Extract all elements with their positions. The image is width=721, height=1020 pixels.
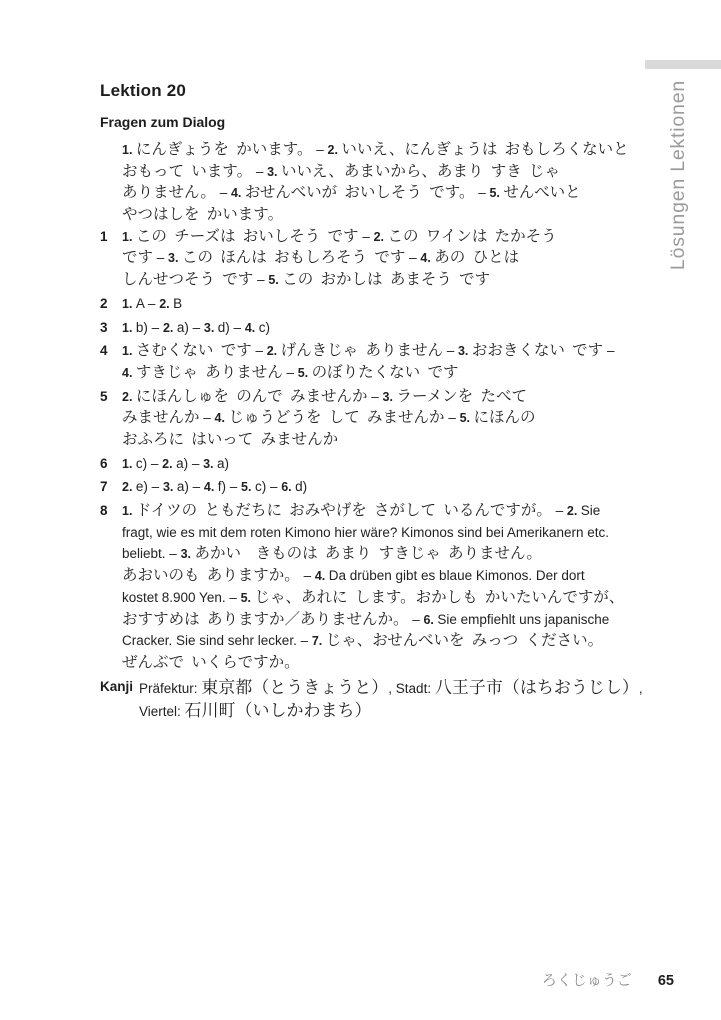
section-row: 52. にほんしゅを のんで みませんか – 3. ラーメンを たべてみませんか… xyxy=(100,386,660,451)
text-segment: c) xyxy=(259,320,270,335)
text-segment: じゅうどうを して みませんか xyxy=(228,409,444,426)
answer-line: 4. すきじゃ ありません – 5. のぼりたくない です xyxy=(122,362,660,384)
text-segment: おふろに はいって みませんか xyxy=(122,431,338,448)
section-row: 61. c) – 2. a) – 3. a) xyxy=(100,453,660,475)
answer-line: 1. ドイツの ともだちに おみやげを さがして いるんですが。 – 2. Si… xyxy=(122,500,660,522)
item-number: 4. xyxy=(122,366,136,380)
item-number: 3. xyxy=(204,321,218,335)
text-segment: , xyxy=(639,681,643,696)
text-segment: あかい きものは あまり すきじゃ ありません。 xyxy=(194,545,541,562)
answer-line: です – 3. この ほんは おもしろそう です – 4. あの ひとは xyxy=(122,247,660,269)
answer-line: ぜんぶで いくらですか。 xyxy=(122,652,660,674)
text-segment: – xyxy=(230,320,245,335)
text-segment: kostet 8.900 Yen. xyxy=(122,590,226,605)
answer-lines: 2. e) – 3. a) – 4. f) – 5. c) – 6. d) xyxy=(122,476,660,498)
item-number: 4. xyxy=(204,480,218,494)
text-segment: しんせつそう です xyxy=(122,271,253,288)
item-number: 4. xyxy=(215,411,229,425)
section-row: 41. さむくない です – 2. げんきじゃ ありません – 3. おおきくな… xyxy=(100,340,660,383)
text-segment: B xyxy=(173,296,182,311)
text-segment: fragt, wie es mit dem roten Kimono hier … xyxy=(122,525,609,540)
item-number: 3. xyxy=(181,547,195,561)
item-number: 1. xyxy=(122,143,136,157)
text-segment: この ほんは おもしろそう です xyxy=(182,249,405,266)
sidebar-tab-bar xyxy=(645,60,721,69)
item-number: 2. xyxy=(122,390,136,404)
text-segment: – xyxy=(153,250,168,265)
answer-line: 1. にんぎょうを かいます。 – 2. いいえ、にんぎょうは おもしろくないと xyxy=(122,139,660,161)
section-number: 6 xyxy=(100,453,122,475)
answer-line: 1. さむくない です – 2. げんきじゃ ありません – 3. おおきくない… xyxy=(122,340,660,362)
item-number: 4. xyxy=(245,321,259,335)
item-number: 4. xyxy=(231,186,245,200)
answer-line: あおいのも ありますか。 – 4. Da drüben gibt es blau… xyxy=(122,565,660,587)
item-number: 2. xyxy=(567,504,581,518)
item-number: 2. xyxy=(159,297,173,311)
text-segment: – xyxy=(552,503,567,518)
answer-line: 2. e) – 3. a) – 4. f) – 5. c) – 6. d) xyxy=(122,476,660,498)
item-number: 3. xyxy=(267,165,281,179)
text-segment: – xyxy=(300,568,315,583)
text-segment: げんきじゃ ありません xyxy=(281,342,443,359)
item-number: 3. xyxy=(163,480,177,494)
item-number: 5. xyxy=(268,273,282,287)
answer-line: Viertel: 石川町（いしかわまち） xyxy=(139,699,660,723)
text-segment: ラーメンを たべて xyxy=(396,388,527,405)
text-segment: – xyxy=(226,479,241,494)
text-segment: – xyxy=(147,456,162,471)
answer-line: おもって います。 – 3. いいえ、あまいから、あまり すき じゃ xyxy=(122,161,660,183)
text-segment: – xyxy=(603,343,614,358)
answer-line: Präfektur: 東京都（とうきょうと）, Stadt: 八王子市（はちおう… xyxy=(139,676,660,700)
text-segment: – xyxy=(405,250,420,265)
text-segment: – xyxy=(252,343,267,358)
text-segment: 東京都（とうきょうと） xyxy=(201,678,388,697)
answers-list: 1. にんぎょうを かいます。 – 2. いいえ、にんぎょうは おもしろくないと… xyxy=(100,139,660,723)
main-content: Lektion 20 Fragen zum Dialog 1. にんぎょうを か… xyxy=(100,81,660,725)
section-row: 31. b) – 2. a) – 3. d) – 4. c) xyxy=(100,317,660,339)
item-number: 5. xyxy=(460,411,474,425)
section-number: 8 xyxy=(100,500,122,522)
text-segment: – xyxy=(252,164,267,179)
text-segment: じゃ、おせんべいを みっつ ください。 xyxy=(326,632,603,649)
text-segment: – xyxy=(368,389,383,404)
text-segment: A xyxy=(136,296,144,311)
sidebar-tab-label: Lösungen Lektionen xyxy=(666,80,690,270)
answer-line: 2. にほんしゅを のんで みませんか – 3. ラーメンを たべて xyxy=(122,386,660,408)
item-number: 6. xyxy=(423,613,437,627)
text-segment: – xyxy=(283,365,298,380)
text-segment: おもって います。 xyxy=(122,163,252,180)
item-number: 2. xyxy=(267,344,281,358)
text-segment: やつはしを かいます。 xyxy=(122,206,283,223)
text-segment: 石川町（いしかわまち） xyxy=(185,701,372,720)
text-segment: – xyxy=(443,343,458,358)
text-segment: – xyxy=(166,546,181,561)
text-segment: a) xyxy=(177,479,189,494)
item-number: 2. xyxy=(162,457,176,471)
text-segment: いいえ、あまいから、あまり すき じゃ xyxy=(281,163,560,180)
answer-line: みませんか – 4. じゅうどうを して みませんか – 5. にほんの xyxy=(122,407,660,429)
text-segment: a) xyxy=(217,456,229,471)
text-segment: – xyxy=(189,320,204,335)
item-number: 7. xyxy=(312,634,326,648)
item-number: 3. xyxy=(458,344,472,358)
text-segment: a) xyxy=(177,320,189,335)
answer-lines: 1. ドイツの ともだちに おみやげを さがして いるんですが。 – 2. Si… xyxy=(122,500,660,674)
text-segment: じゃ、あれに します。おかしも かいたいんですが、 xyxy=(255,589,625,606)
answer-line: しんせつそう です – 5. この おかしは あまそう です xyxy=(122,269,660,291)
footer-page-word-japanese: ろくじゅうご xyxy=(542,969,632,990)
text-segment: d) xyxy=(218,320,230,335)
item-number: 5. xyxy=(241,591,255,605)
text-segment: おおきくない です xyxy=(472,342,603,359)
text-segment: Viertel: xyxy=(139,704,185,719)
item-number: 3. xyxy=(383,390,397,404)
item-number: 4. xyxy=(420,251,434,265)
answer-lines: 1. にんぎょうを かいます。 – 2. いいえ、にんぎょうは おもしろくないと… xyxy=(122,139,660,226)
section-number: 3 xyxy=(100,317,122,339)
text-segment: にんぎょうを かいます。 xyxy=(136,141,313,158)
item-number: 1. xyxy=(122,321,136,335)
item-number: 1. xyxy=(122,504,136,518)
item-number: 2. xyxy=(374,230,388,244)
item-number: 3. xyxy=(168,251,182,265)
section-row: KanjiPräfektur: 東京都（とうきょうと）, Stadt: 八王子市… xyxy=(100,676,660,723)
item-number: 1. xyxy=(122,297,136,311)
text-segment: – xyxy=(216,185,231,200)
text-segment: ぜんぶで いくらですか。 xyxy=(122,654,300,671)
section-row: 11. この チーズは おいしそう です – 2. この ワインは たかそうです… xyxy=(100,226,660,291)
answer-line: 1. c) – 2. a) – 3. a) xyxy=(122,453,660,475)
dialog-answers-block: 1. にんぎょうを かいます。 – 2. いいえ、にんぎょうは おもしろくないと… xyxy=(122,139,660,226)
text-segment: Sie empfiehlt uns japanische xyxy=(437,612,609,627)
text-segment: です xyxy=(122,249,153,266)
answer-line: 1. この チーズは おいしそう です – 2. この ワインは たかそう xyxy=(122,226,660,248)
answer-line: 1. A – 2. B xyxy=(122,293,660,315)
text-segment: 八王子市（はちおうじし） xyxy=(435,678,639,697)
text-segment: b) xyxy=(136,320,148,335)
section-number: 2 xyxy=(100,293,122,315)
answer-line: おふろに はいって みませんか xyxy=(122,429,660,451)
text-segment: – xyxy=(474,185,489,200)
answer-line: fragt, wie es mit dem roten Kimono hier … xyxy=(122,522,660,544)
text-segment: この ワインは たかそう xyxy=(387,228,556,245)
section-row: 81. ドイツの ともだちに おみやげを さがして いるんですが。 – 2. S… xyxy=(100,500,660,674)
item-number: 2. xyxy=(328,143,342,157)
text-segment: すきじゃ ありません xyxy=(136,364,283,381)
answer-line: おすすめは ありますか／ありませんか。 – 6. Sie empfiehlt u… xyxy=(122,609,660,631)
text-segment: – xyxy=(226,590,241,605)
text-segment: a) xyxy=(176,456,188,471)
text-segment: あの ひとは xyxy=(434,249,519,266)
text-segment: Da drüben gibt es blaue Kimonos. Der dor… xyxy=(329,568,585,583)
answer-line: ありません。 – 4. おせんべいが おいしそう です。 – 5. せんべいと xyxy=(122,182,660,204)
text-segment: – xyxy=(445,410,460,425)
item-number: 3. xyxy=(203,457,217,471)
item-number: 5. xyxy=(298,366,312,380)
text-segment: e) xyxy=(136,479,148,494)
answer-lines: 1. さむくない です – 2. げんきじゃ ありません – 3. おおきくない… xyxy=(122,340,660,383)
text-segment: この おかしは あまそう です xyxy=(282,271,490,288)
text-segment: せんべいと xyxy=(503,184,580,201)
item-number: 6. xyxy=(281,480,295,494)
text-segment: – xyxy=(297,633,312,648)
text-segment: さむくない です xyxy=(136,342,252,359)
text-segment: ドイツの ともだちに おみやげを さがして いるんですが。 xyxy=(136,502,552,519)
text-segment: いいえ、にんぎょうは おもしろくないと xyxy=(341,141,628,158)
section-number: 1 xyxy=(100,226,122,248)
text-segment: – xyxy=(253,272,268,287)
dialog-subheading: Fragen zum Dialog xyxy=(100,113,660,131)
text-segment: みませんか xyxy=(122,409,200,426)
section-row: 72. e) – 3. a) – 4. f) – 5. c) – 6. d) xyxy=(100,476,660,498)
text-segment: – xyxy=(312,142,327,157)
text-segment: この チーズは おいしそう です xyxy=(136,228,359,245)
text-segment: d) xyxy=(295,479,307,494)
text-segment: あおいのも ありますか。 xyxy=(122,567,300,584)
answer-lines: Präfektur: 東京都（とうきょうと）, Stadt: 八王子市（はちおう… xyxy=(139,676,660,723)
item-number: 5. xyxy=(489,186,503,200)
text-segment: おすすめは ありますか／ありませんか。 xyxy=(122,611,408,628)
text-segment: – xyxy=(148,320,163,335)
book-page: Lektion 20 Fragen zum Dialog 1. にんぎょうを か… xyxy=(0,0,721,1020)
item-number: 5. xyxy=(241,480,255,494)
text-segment: – xyxy=(408,612,423,627)
item-number: 1. xyxy=(122,457,136,471)
text-segment: おせんべいが おいしそう です。 xyxy=(245,184,475,201)
section-number: 5 xyxy=(100,386,122,408)
text-segment: のぼりたくない です xyxy=(312,364,459,381)
text-segment: にほんの xyxy=(473,409,535,426)
answer-line: Cracker. Sie sind sehr lecker. – 7. じゃ、お… xyxy=(122,630,660,652)
text-segment: Präfektur: xyxy=(139,681,201,696)
item-number: 1. xyxy=(122,230,136,244)
text-segment: – xyxy=(144,296,159,311)
answer-lines: 2. にほんしゅを のんで みませんか – 3. ラーメンを たべてみませんか … xyxy=(122,386,660,451)
answer-lines: 1. c) – 2. a) – 3. a) xyxy=(122,453,660,475)
section-number: 7 xyxy=(100,476,122,498)
text-segment: f) xyxy=(218,479,226,494)
section-number: 4 xyxy=(100,340,122,362)
lesson-heading: Lektion 20 xyxy=(100,81,660,101)
text-segment: c) xyxy=(255,479,266,494)
text-segment: beliebt. xyxy=(122,546,166,561)
answer-lines: 1. この チーズは おいしそう です – 2. この ワインは たかそうです … xyxy=(122,226,660,291)
text-segment: Sie xyxy=(581,503,601,518)
item-number: 1. xyxy=(122,344,136,358)
answer-line: beliebt. – 3. あかい きものは あまり すきじゃ ありません。 xyxy=(122,543,660,565)
text-segment: ありません。 xyxy=(122,184,216,201)
text-segment: c) xyxy=(136,456,147,471)
item-number: 2. xyxy=(122,480,136,494)
section-row: 21. A – 2. B xyxy=(100,293,660,315)
answer-line: kostet 8.900 Yen. – 5. じゃ、あれに します。おかしも か… xyxy=(122,587,660,609)
answer-lines: 1. A – 2. B xyxy=(122,293,660,315)
text-segment: Cracker. Sie sind sehr lecker. xyxy=(122,633,297,648)
section-number: Kanji xyxy=(100,676,139,698)
footer-page-number: 65 xyxy=(658,973,674,989)
text-segment: にほんしゅを のんで みませんか xyxy=(136,388,368,405)
text-segment: – xyxy=(266,479,281,494)
item-number: 4. xyxy=(315,569,329,583)
text-segment: – xyxy=(200,410,215,425)
answer-line: やつはしを かいます。 xyxy=(122,204,660,226)
text-segment: – xyxy=(148,479,163,494)
text-segment: – xyxy=(189,479,204,494)
page-footer: ろくじゅうご 65 xyxy=(0,969,674,990)
text-segment: – xyxy=(188,456,203,471)
text-segment: – xyxy=(359,229,374,244)
answer-line: 1. b) – 2. a) – 3. d) – 4. c) xyxy=(122,317,660,339)
item-number: 2. xyxy=(163,321,177,335)
answer-lines: 1. b) – 2. a) – 3. d) – 4. c) xyxy=(122,317,660,339)
text-segment: , Stadt: xyxy=(388,681,435,696)
